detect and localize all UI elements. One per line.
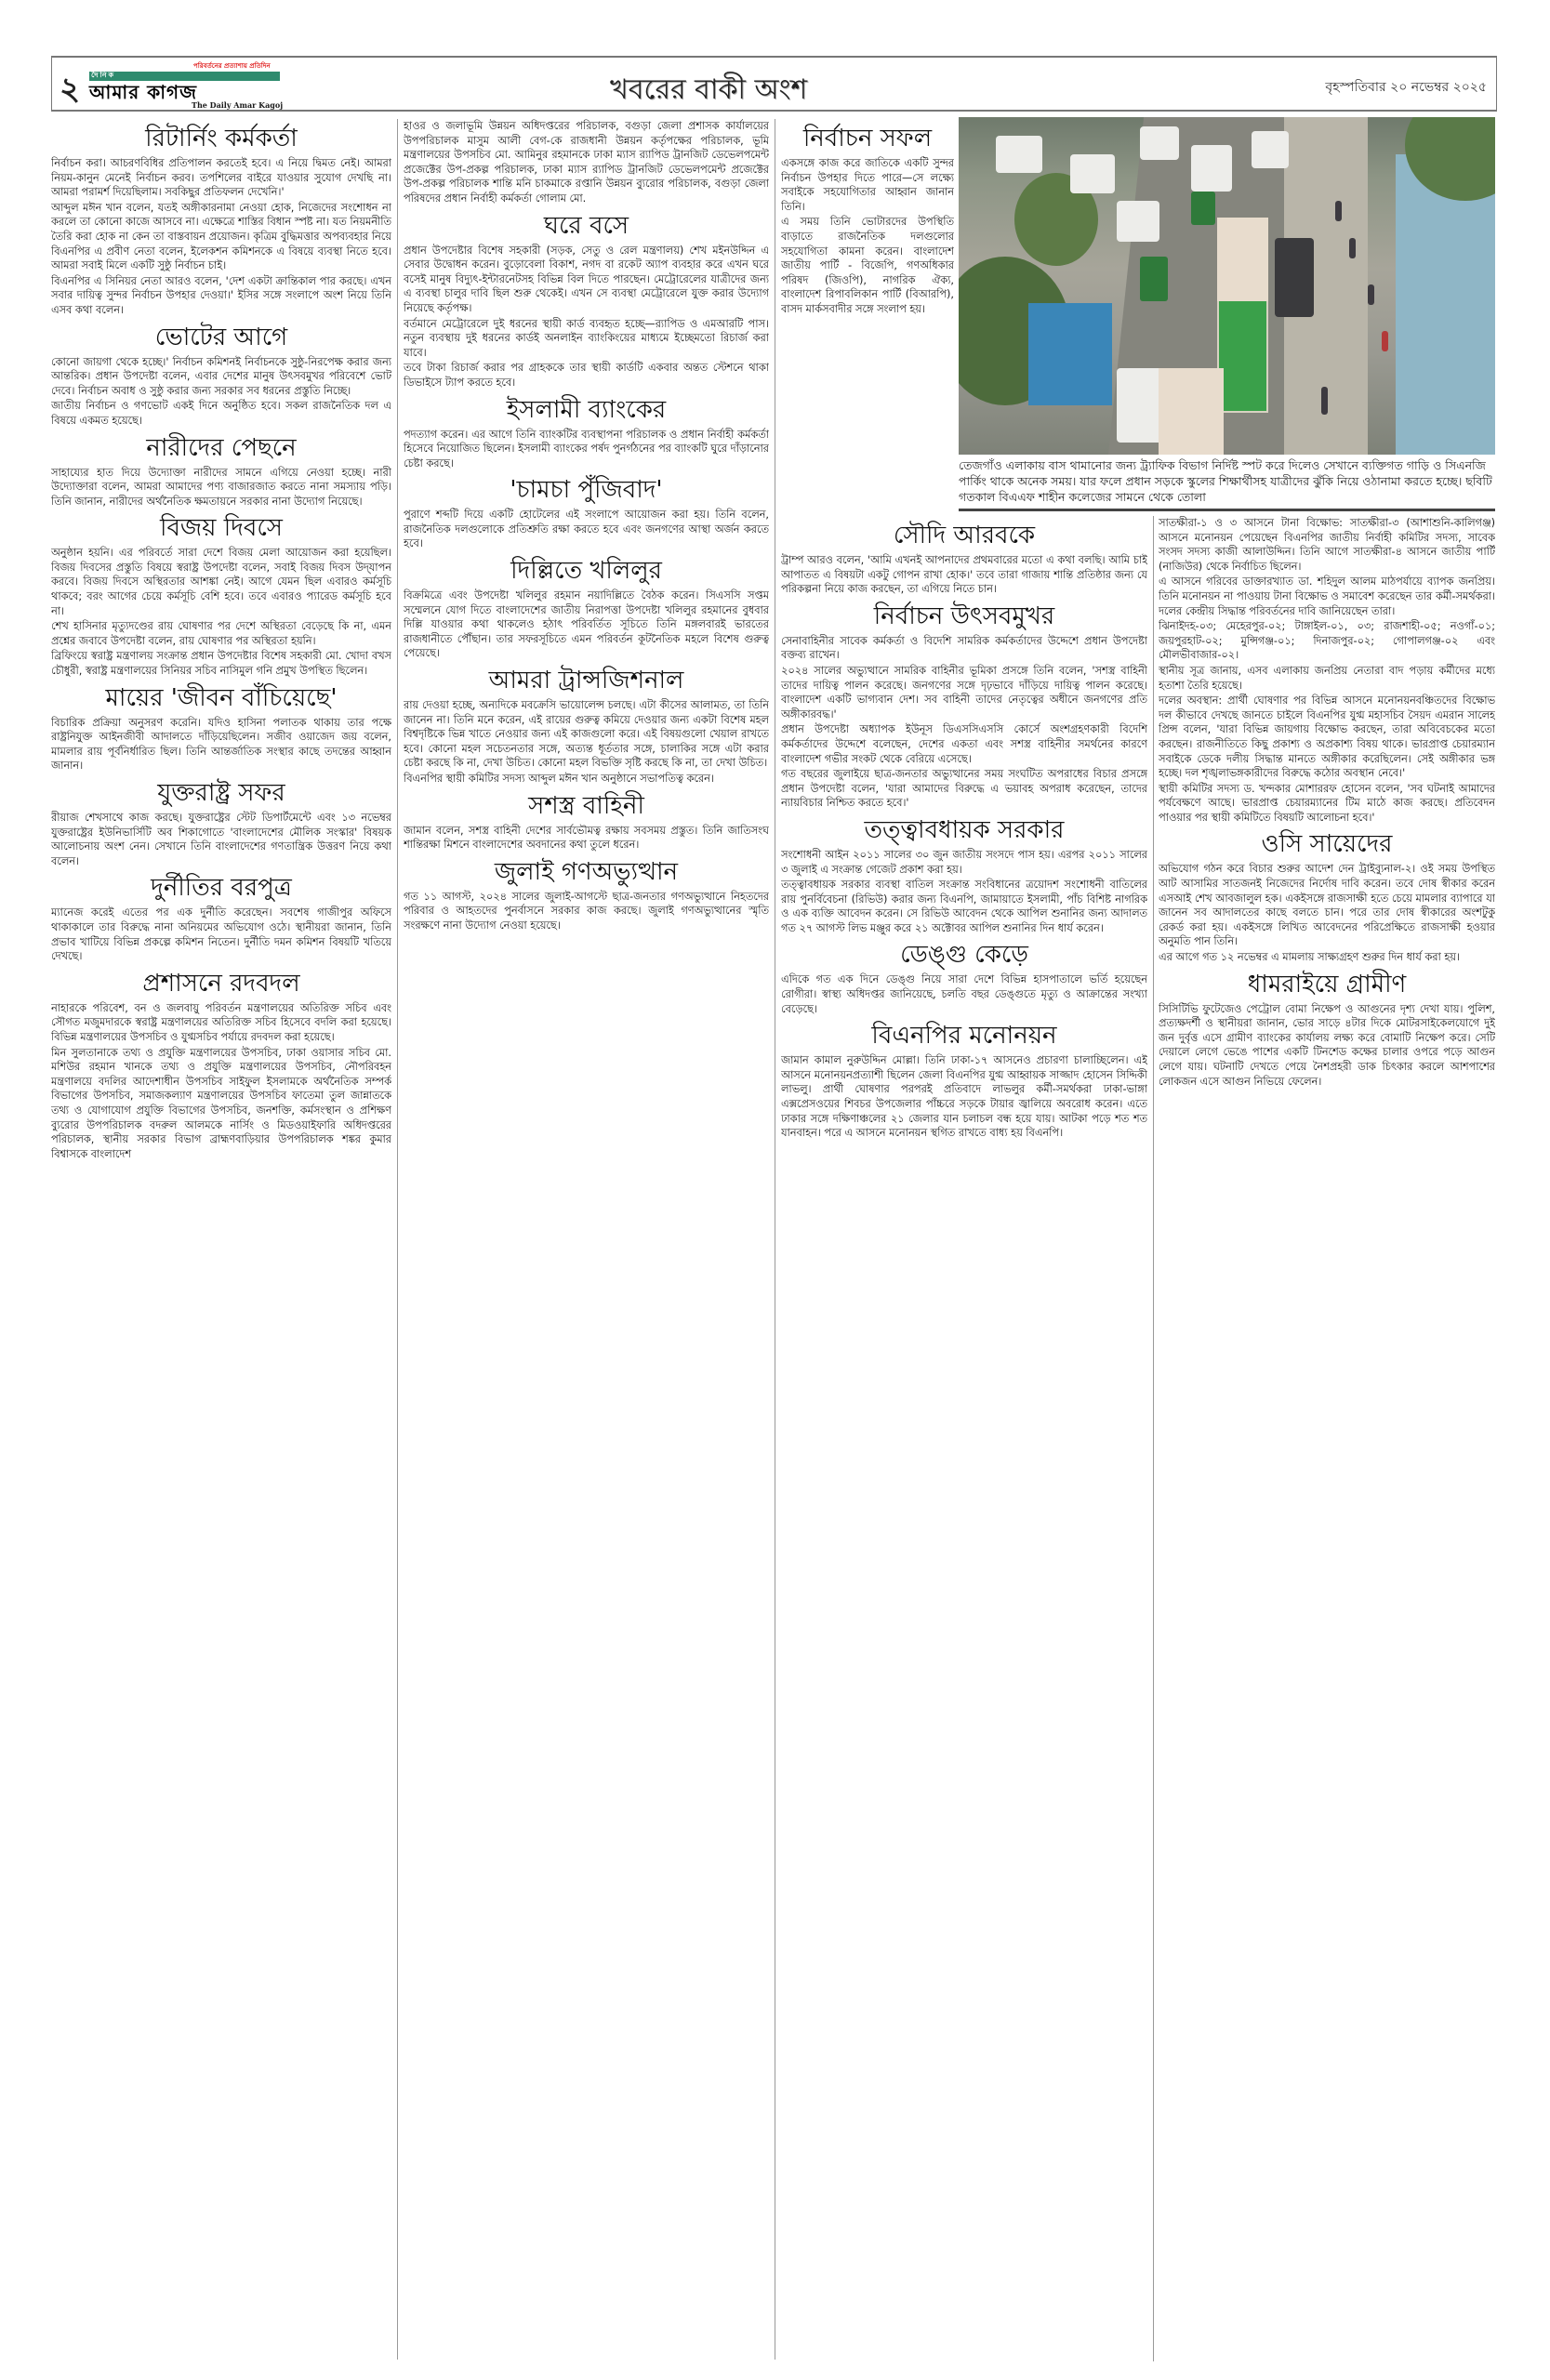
photo-person: [1335, 201, 1342, 221]
article-paragraph: জামান বলেন, সশস্ত্র বাহিনী দেশের সার্বভৌ…: [404, 824, 769, 853]
article-paragraph: ২০২৪ সালের অভ্যুত্থানে সামরিক বাহিনীর ভূ…: [781, 664, 1147, 721]
article-paragraph: আব্দুল মঈন খান বলেন, যতই অঙ্গীকারনামা নে…: [51, 201, 391, 273]
photo-car: [1070, 154, 1115, 193]
photo-car: [1117, 201, 1159, 242]
headline-women: নারীদের পেছনে: [51, 432, 391, 464]
photo-cng: [1140, 257, 1168, 301]
article-paragraph: তত্ত্বাবধায়ক সরকার ব্যবস্থা বাতিল সংক্র…: [781, 878, 1147, 935]
headline-transitional: আমরা ট্রান্সজিশনাল: [404, 665, 769, 696]
article-paragraph: রায় দেওয়া হচ্ছে, অন্যদিকে মবক্রেসি ভায…: [404, 698, 769, 771]
masthead: ২ দৈনিক পরিবর্তনের প্রত্যাশায় প্রতিদিন …: [51, 56, 1497, 112]
headline-corruption: দুর্নীতির বরপুত্র: [51, 872, 391, 904]
photo-car: [1275, 238, 1314, 317]
column-3: সৌদি আরবকে ট্রাম্প আরও বলেন, 'আমি এখনই আ…: [781, 516, 1147, 2366]
article-paragraph: এদিকে গত এক দিনে ডেঙ্গু নিয়ে সারা দেশে …: [781, 972, 1147, 1016]
article-paragraph: মিন সুলতানাকে তথ্য ও প্রযুক্তি মন্ত্রণাল…: [51, 1046, 391, 1162]
article-paragraph: পুরাণে শব্দটি দিয়ে একটি হোটেলের এই সংলা…: [404, 508, 769, 551]
article-paragraph: অনুষ্ঠান হয়নি। এর পরিবর্তে সারা দেশে বি…: [51, 546, 391, 618]
newspaper-logo: দৈনিক পরিবর্তনের প্রত্যাশায় প্রতিদিন আম…: [89, 60, 285, 111]
article-paragraph: পদত্যাগ করেন। এর আগে তিনি ব্যাংকটির ব্যব…: [404, 428, 769, 471]
article-paragraph: রীয়াজ শেখসাথে কাজ করছে। যুক্তরাষ্ট্রের …: [51, 811, 391, 868]
headline-caretaker-government: তত্ত্বাবধায়ক সরকার: [781, 814, 1147, 846]
column-3-top: নির্বাচন সফল একসঙ্গে কাজ করে জাতিকে একটি…: [781, 119, 954, 509]
article-paragraph: এ সময় তিনি ভোটারদের উপস্থিতি বাড়াতে রা…: [781, 215, 954, 316]
photo-car: [996, 136, 1042, 173]
article-paragraph: স্থানীয় সূত্র জানায়, এসব এলাকায় জনপ্র…: [1159, 664, 1495, 693]
article-paragraph: কোনো জায়গা থেকে হচ্ছে।' নির্বাচন কমিশনই…: [51, 355, 391, 399]
article-paragraph: প্রধান উপদেষ্টা অধ্যাপক ইউনূস ডিএসসিএসসি…: [781, 722, 1147, 766]
headline-election-success: নির্বাচন সফল: [781, 123, 954, 154]
photo-person: [1349, 238, 1356, 258]
headline-crony-capitalism: 'চামচা পুঁজিবাদ': [404, 474, 769, 506]
article-paragraph: গত বছরের জুলাইয়ে ছাত্র-জনতার অভ্যুত্থান…: [781, 767, 1147, 811]
photo-person: [1368, 284, 1374, 305]
caption-rule: [959, 509, 1495, 511]
headline-before-vote: ভোটের আগে: [51, 322, 391, 353]
article-paragraph: সেনাবাহিনীর সাবেক কর্মকর্তা ও বিদেশি সাম…: [781, 634, 1147, 663]
article-paragraph: সাহায্যের হাত দিয়ে উদ্যোক্তা নারীদের সা…: [51, 466, 391, 509]
photo-bus-roof: [1217, 218, 1268, 301]
headline-july-uprising: জুলাই গণঅভ্যুত্থান: [404, 856, 769, 888]
article-paragraph: তবে টাকা রিচার্জ করার পর গ্রাহককে তার স্…: [404, 361, 769, 390]
article-paragraph: শেখ হাসিনার মৃত্যুদণ্ডের রায় ঘোষণার পর …: [51, 619, 391, 648]
column-1: রিটার্নিং কর্মকর্তা নির্বাচন করা। আচরণবি…: [51, 119, 391, 2369]
article-paragraph: বর্তমানে মেট্রোরেলে দুই ধরনের স্থায়ী কা…: [404, 317, 769, 361]
article-paragraph: ম্যানেজ করেই এতের পর এক দুর্নীতি করেছেন।…: [51, 906, 391, 963]
issue-date: বৃহস্পতিবার ২০ নভেম্বর ২০২৫: [1325, 76, 1487, 99]
article-paragraph: গত ১১ আগস্ট, ২০২৪ সালের জুলাই-আগস্টে ছাত…: [404, 890, 769, 933]
headline-admin-reshuffle: প্রশাসনে রদবদল: [51, 968, 391, 999]
article-paragraph: বিচারিক প্রক্রিয়া অনুসরণ করেনি। যদিও হা…: [51, 716, 391, 773]
headline-victory-day: বিজয় দিবসে: [51, 512, 391, 544]
article-paragraph: ঝিনাইদহ-০৩; মেহেরপুর-০২; টাঙ্গাইল-০১, ০৩…: [1159, 619, 1495, 663]
article-paragraph: বিএনপির স্থায়ী কমিটির সদস্য আব্দুল মঈন …: [404, 772, 769, 787]
photo-car: [1140, 126, 1179, 160]
headline-mother-life: মায়ের 'জীবন বাঁচিয়েছে': [51, 682, 391, 714]
photo-car: [1252, 131, 1289, 168]
article-paragraph: জামান কামাল নুরুউদ্দিন মোল্লা। তিনি ঢাকা…: [781, 1053, 1147, 1141]
headline-oc-sayed: ওসি সায়েদের: [1159, 828, 1495, 860]
article-paragraph: ব্রিফিংয়ে স্বরাষ্ট্র মন্ত্রণালয় সংক্রা…: [51, 649, 391, 678]
photo-person: [1382, 331, 1388, 351]
article-paragraph: এ আসনে গরিবের ডাক্তারখ্যাত ডা. শহিদুল আল…: [1159, 575, 1495, 618]
article-paragraph: হাওর ও জলাভূমি উন্নয়ন অধিদপ্তরের পরিচাল…: [404, 119, 769, 206]
traffic-photo: [959, 117, 1495, 455]
article-paragraph: জাতীয় নির্বাচন ও গণভোট একই দিনে অনুষ্ঠি…: [51, 399, 391, 428]
photo-caption: তেজগাঁও এলাকায় বাস থামানোর জন্য ট্র্যাফ…: [959, 457, 1495, 505]
headline-islami-bank: ইসলামী ব্যাংকের: [404, 394, 769, 426]
photo-wall: [1396, 154, 1495, 455]
article-paragraph: প্রধান উপদেষ্টার বিশেষ সহকারী (সড়ক, সেত…: [404, 244, 769, 316]
article-paragraph: একসঙ্গে কাজ করে জাতিকে একটি সুন্দর নির্ব…: [781, 156, 954, 214]
column-divider: [397, 119, 398, 2360]
article-paragraph: দলের অবস্থান: প্রার্থী ঘোষণার পর বিভিন্ন…: [1159, 694, 1495, 781]
column-2: হাওর ও জলাভূমি উন্নয়ন অধিদপ্তরের পরিচাল…: [404, 119, 769, 2369]
logo-tagline: পরিবর্তনের প্রত্যাশায় প্রতিদিন: [193, 60, 271, 72]
headline-saudi-arabia: সৌদি আরবকে: [781, 520, 1147, 551]
logo-english: The Daily Amar Kagoj: [192, 100, 283, 110]
photo-cng: [1191, 192, 1215, 225]
article-paragraph: সংশোধনী আইন ২০১১ সালের ৩০ জুন জাতীয় সংস…: [781, 848, 1147, 877]
article-paragraph: বিক্রমিত্রে এবং উপদেষ্টা খলিলুর রহমান নয…: [404, 588, 769, 661]
column-4: সাতক্ষীরা-১ ও ৩ আসনে টানা বিক্ষোভ: সাতক্…: [1159, 516, 1495, 2366]
headline-returning-officer: রিটার্নিং কর্মকর্তা: [51, 123, 391, 154]
article-paragraph: অভিযোগ গঠন করে বিচার শুরুর আদেশ দেন ট্রা…: [1159, 862, 1495, 949]
article-paragraph: সিসিটিভি ফুটেজেও পেট্রোল বোমা নিক্ষেপ ও …: [1159, 1002, 1495, 1090]
photo-bus-roof: [1159, 368, 1224, 455]
column-divider: [775, 119, 775, 2360]
headline-armed-forces: সশস্ত্র বাহিনী: [404, 790, 769, 822]
headline-khalilur-delhi: দিল্লিতে খলিলুর: [404, 555, 769, 587]
article-paragraph: ট্রাম্প আরও বলেন, 'আমি এখনই আপনাদের প্রথ…: [781, 553, 1147, 597]
photo-truck: [1028, 303, 1112, 405]
article-paragraph: এর আগে গত ১২ নভেম্বর এ মামলায় সাক্ষ্যগ্…: [1159, 950, 1495, 965]
headline-from-home: ঘরে বসে: [404, 210, 769, 242]
article-paragraph: বিএনপির এ সিনিয়র নেতা আরও বলেন, 'দেশ এক…: [51, 274, 391, 318]
headline-dhamrai-grameen: ধামরাইয়ে গ্রামীণ: [1159, 969, 1495, 1000]
photo-car: [1191, 145, 1232, 192]
logo-name: আমার কাগজ: [89, 79, 197, 110]
headline-dengue: ডেঙ্গু কেড়ে: [781, 939, 1147, 971]
article-paragraph: নির্বাচন করা। আচরণবিধির প্রতিপালন করতেই …: [51, 156, 391, 200]
headline-bnp-nomination: বিএনপির মনোনয়ন: [781, 1020, 1147, 1051]
article-paragraph: সাতক্ষীরা-১ ও ৩ আসনে টানা বিক্ষোভ: সাতক্…: [1159, 516, 1495, 574]
section-title: খবরের বাকী অংশ: [610, 67, 807, 114]
page-number: ২: [60, 65, 80, 118]
article-paragraph: স্থায়ী কমিটির সদস্য ড. খন্দকার মোশাররফ …: [1159, 782, 1495, 826]
photo-person: [1321, 387, 1328, 415]
headline-us-visit: যুক্তরাষ্ট্র সফর: [51, 777, 391, 809]
column-divider: [1153, 516, 1154, 2361]
article-paragraph: নাহারকে পরিবেশ, বন ও জলবায়ু পরিবর্তন মন…: [51, 1001, 391, 1045]
headline-festive-election: নির্বাচন উৎসবমুখর: [781, 601, 1147, 632]
